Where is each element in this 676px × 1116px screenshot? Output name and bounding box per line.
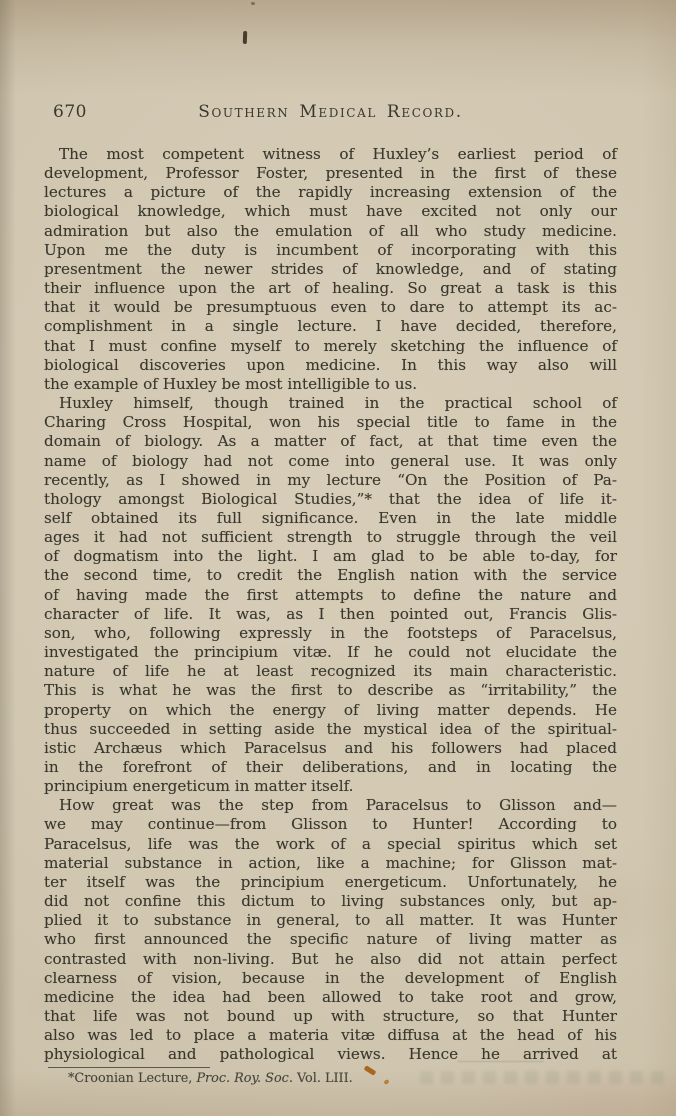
ink-mark bbox=[243, 31, 247, 44]
text-line: in the forefront of their deliberations,… bbox=[44, 758, 617, 777]
text-line: medicine the idea had been allowed to ta… bbox=[44, 988, 617, 1007]
text-line: investigated the principium vitæ. If he … bbox=[44, 643, 617, 662]
text-line: the example of Huxley be most intelligib… bbox=[44, 375, 617, 394]
text-line: How great was the step from Paracelsus t… bbox=[44, 796, 617, 815]
text-line: biological discoveries upon medicine. In… bbox=[44, 356, 617, 375]
text-line: their influence upon the art of healing.… bbox=[44, 279, 617, 298]
text-line: presentment the newer strides of knowled… bbox=[44, 260, 617, 279]
text-line: property on which the energy of living m… bbox=[44, 701, 617, 720]
text-line: lectures a picture of the rapidly increa… bbox=[44, 183, 617, 202]
text-line: Paracelsus, life was the work of a speci… bbox=[44, 835, 617, 854]
text-line: nature of life he at least recognized it… bbox=[44, 662, 617, 681]
text-line: clearness of vision, because in the deve… bbox=[44, 969, 617, 988]
text-line: physiological and pathological views. He… bbox=[44, 1045, 617, 1064]
text-line: material substance in action, like a mac… bbox=[44, 854, 617, 873]
ink-speck bbox=[251, 2, 255, 5]
text-line: did not confine this dictum to living su… bbox=[44, 892, 617, 911]
footnote-volume: Vol. LIII. bbox=[293, 1071, 353, 1086]
text-line: of having made the first attempts to def… bbox=[44, 586, 617, 605]
text-line: complishment in a single lecture. I have… bbox=[44, 317, 617, 336]
body-text: The most competent witness of Huxley’s e… bbox=[44, 145, 617, 1065]
text-line: the second time, to credit the English n… bbox=[44, 566, 617, 585]
text-line: character of life. It was, as I then poi… bbox=[44, 605, 617, 624]
text-line: also was led to place a materia vitæ dif… bbox=[44, 1026, 617, 1045]
text-line: This is what he was the first to describ… bbox=[44, 681, 617, 700]
page-right-shadow bbox=[642, 0, 676, 1116]
footnote: *Croonian Lecture, Proc. Roy. Soc. Vol. … bbox=[44, 1071, 617, 1086]
text-line: thus succeeded in setting aside the myst… bbox=[44, 720, 617, 739]
text-line: thology amongst Biological Studies,”* th… bbox=[44, 490, 617, 509]
text-line: ages it had not sufficient strength to s… bbox=[44, 528, 617, 547]
text-line: that I must confine myself to merely ske… bbox=[44, 337, 617, 356]
page-top-shadow bbox=[0, 0, 676, 95]
text-line: Huxley himself, though trained in the pr… bbox=[44, 394, 617, 413]
text-line: ter itself was the principium energeticu… bbox=[44, 873, 617, 892]
text-line: name of biology had not come into genera… bbox=[44, 452, 617, 471]
text-line: biological knowledge, which must have ex… bbox=[44, 202, 617, 221]
journal-title: Southern Medical Record. bbox=[44, 102, 617, 122]
text-line: of dogmatism into the light. I am glad t… bbox=[44, 547, 617, 566]
text-line: we may continue—from Glisson to Hunter! … bbox=[44, 815, 617, 834]
text-line: that it would be presumptuous even to da… bbox=[44, 298, 617, 317]
text-line: self obtained its full significance. Eve… bbox=[44, 509, 617, 528]
text-line: Charing Cross Hospital, won his special … bbox=[44, 413, 617, 432]
footnote-text: *Croonian Lecture, bbox=[68, 1071, 196, 1086]
footnote-citation-italic: Proc. Roy. Soc. bbox=[196, 1071, 292, 1086]
text-line: The most competent witness of Huxley’s e… bbox=[44, 145, 617, 164]
text-line: domain of biology. As a matter of fact, … bbox=[44, 432, 617, 451]
text-line: that life was not bound up with structur… bbox=[44, 1007, 617, 1026]
text-line: development, Professor Foster, presented… bbox=[44, 164, 617, 183]
text-line: admiration but also the emulation of all… bbox=[44, 222, 617, 241]
page-header: 670 Southern Medical Record. bbox=[44, 102, 617, 122]
text-line: istic Archæus which Paracelsus and his f… bbox=[44, 739, 617, 758]
text-line: son, who, following expressly in the foo… bbox=[44, 624, 617, 643]
text-line: recently, as I showed in my lecture “On … bbox=[44, 471, 617, 490]
page-left-shadow bbox=[0, 0, 16, 1116]
text-line: Upon me the duty is incumbent of incorpo… bbox=[44, 241, 617, 260]
footnote-rule bbox=[48, 1067, 210, 1068]
text-line: contrasted with non-living. But he also … bbox=[44, 950, 617, 969]
text-line: plied it to substance in general, to all… bbox=[44, 911, 617, 930]
text-line: principium energeticum in matter itself. bbox=[44, 777, 617, 796]
text-line: who first announced the specific nature … bbox=[44, 930, 617, 949]
